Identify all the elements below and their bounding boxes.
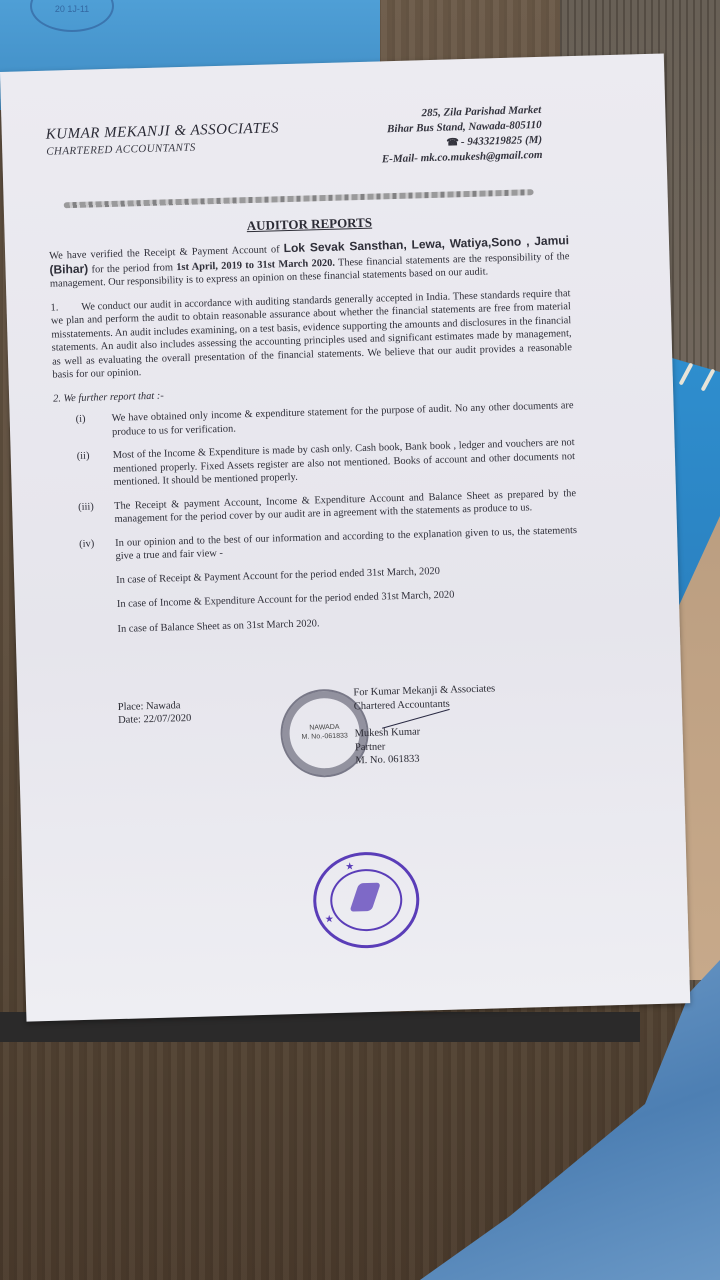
report-item: (iii)The Receipt & payment Account, Inco…: [56, 487, 577, 529]
case-line: In case of Receipt & Payment Account for…: [116, 561, 578, 587]
telephone-icon: ☎: [446, 137, 459, 148]
date: Date: 22/07/2020: [118, 712, 192, 727]
case-line: In case of Income & Expenditure Account …: [117, 585, 579, 611]
phone-number: - 9433219825 (M): [461, 134, 543, 148]
report-item: (ii)Most of the Income & Expenditure is …: [55, 436, 576, 491]
organization-seal: ★ ★: [312, 851, 421, 950]
email-line: E-Mail- mk.co.mukesh@gmail.com: [382, 148, 543, 167]
signatory-block: For Kumar Mekanji & Associates Chartered…: [353, 682, 497, 767]
star-icon: ★: [345, 861, 354, 872]
auditor-report-document: KUMAR MEKANJI & ASSOCIATES CHARTERED ACC…: [0, 53, 690, 1021]
audit-period: 1st April, 2019 to 31st March 2020.: [176, 257, 335, 272]
letterhead: KUMAR MEKANJI & ASSOCIATES CHARTERED ACC…: [46, 120, 280, 158]
firm-address: 285, Zila Parishad Market Bihar Bus Stan…: [380, 103, 542, 167]
report-item: (iv)In our opinion and to the best of ou…: [57, 524, 578, 566]
case-line: In case of Balance Sheet as on 31st Marc…: [117, 610, 579, 636]
intro-paragraph: We have verified the Receipt & Payment A…: [49, 234, 570, 291]
star-icon: ★: [325, 914, 334, 925]
folder-stamp: 20 1J-11: [30, 0, 114, 32]
report-body: We have verified the Receipt & Payment A…: [49, 234, 580, 648]
place-date: Place: Nawada Date: 22/07/2020: [118, 699, 192, 727]
signature-footer: Place: Nawada Date: 22/07/2020 NAWADA M.…: [117, 676, 580, 809]
report-item: (i)We have obtained only income & expend…: [54, 399, 575, 441]
paragraph-1: 1. We conduct our audit in accordance wi…: [50, 287, 572, 382]
decorative-divider: [64, 189, 534, 208]
membership-number: M. No. 061833: [355, 750, 497, 767]
